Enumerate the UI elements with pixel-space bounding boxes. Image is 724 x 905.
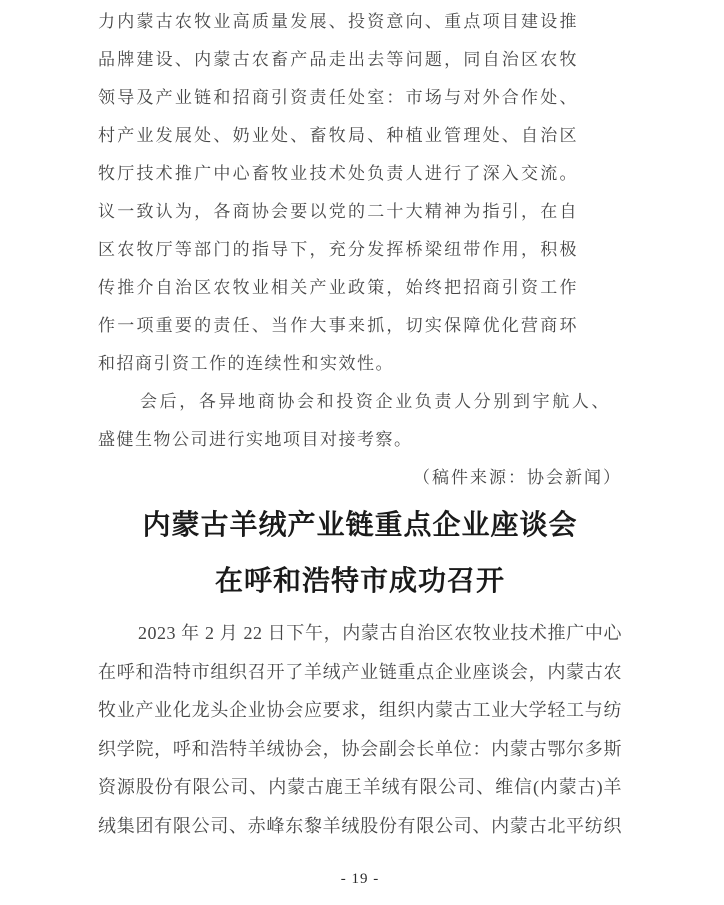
text-line: 织学院，呼和浩特羊绒协会，协会副会长单位：内蒙古鄂尔多斯 [98,730,622,769]
text-line: 村产业发展处、奶业处、畜牧局、种植业管理处、自治区农 [98,117,578,155]
article1-followup-paragraph: 会后，各异地商协会和投资企业负责人分别到宇航人、盛健生物公司进行实地项目对接考察… [98,383,610,459]
article-title-line1: 内蒙古羊绒产业链重点企业座谈会 [98,505,622,547]
document-page: 力内蒙古农牧业高质量发展、投资意向、重点项目建设推进、品牌建设、内蒙古农畜产品走… [0,0,724,905]
text-line: 牧业产业化龙头企业协会应要求，组织内蒙古工业大学轻工与纺 [98,691,622,730]
page-number: - 19 - [341,871,380,887]
article-2-section: 内蒙古羊绒产业链重点企业座谈会 在呼和浩特市成功召开 2023 年 2 月 22… [98,505,724,845]
text-line: 品牌建设、内蒙古农畜产品走出去等问题，同自治区农牧厅 [98,41,578,79]
article-1-section: 力内蒙古农牧业高质量发展、投资意向、重点项目建设推进、品牌建设、内蒙古农畜产品走… [98,3,724,497]
text-line: 议一致认为，各商协会要以党的二十大精神为指引，在自治 [98,193,578,231]
text-line: 资源股份有限公司、内蒙古鹿王羊绒有限公司、维信(内蒙古)羊 [98,768,622,807]
text-line: 会后，各异地商协会和投资企业负责人分别到宇航人、 [98,383,610,421]
text-line: 盛健生物公司进行实地项目对接考察。 [98,421,610,459]
text-line: 力内蒙古农牧业高质量发展、投资意向、重点项目建设推进、 [98,3,578,41]
article1-main-paragraph: 力内蒙古农牧业高质量发展、投资意向、重点项目建设推进、品牌建设、内蒙古农畜产品走… [98,3,578,383]
page-footer: - 19 - [98,869,622,889]
text-line: 绒集团有限公司、赤峰东黎羊绒股份有限公司、内蒙古北平纺织 [98,807,622,846]
text-line: 作一项重要的责任、当作大事来抓，切实保障优化营商环境 [98,307,578,345]
text-line: 传推介自治区农牧业相关产业政策，始终把招商引资工作当 [98,269,578,307]
text-line: 2023 年 2 月 22 日下午，内蒙古自治区农牧业技术推广中心 [98,614,622,653]
article-title-line2: 在呼和浩特市成功召开 [98,561,622,603]
article2-body-paragraph: 2023 年 2 月 22 日下午，内蒙古自治区农牧业技术推广中心在呼和浩特市组… [98,614,622,845]
text-line: 在呼和浩特市组织召开了羊绒产业链重点企业座谈会，内蒙古农 [98,653,622,692]
text-line: 和招商引资工作的连续性和实效性。 [98,345,578,383]
text-line: 领导及产业链和招商引资责任处室：市场与对外合作处、乡 [98,79,578,117]
text-line: 牧厅技术推广中心畜牧业技术处负责人进行了深入交流。会 [98,155,578,193]
source-note: （稿件来源：协会新闻） [98,459,622,497]
text-line: 区农牧厅等部门的指导下，充分发挥桥梁纽带作用，积极宣 [98,231,578,269]
